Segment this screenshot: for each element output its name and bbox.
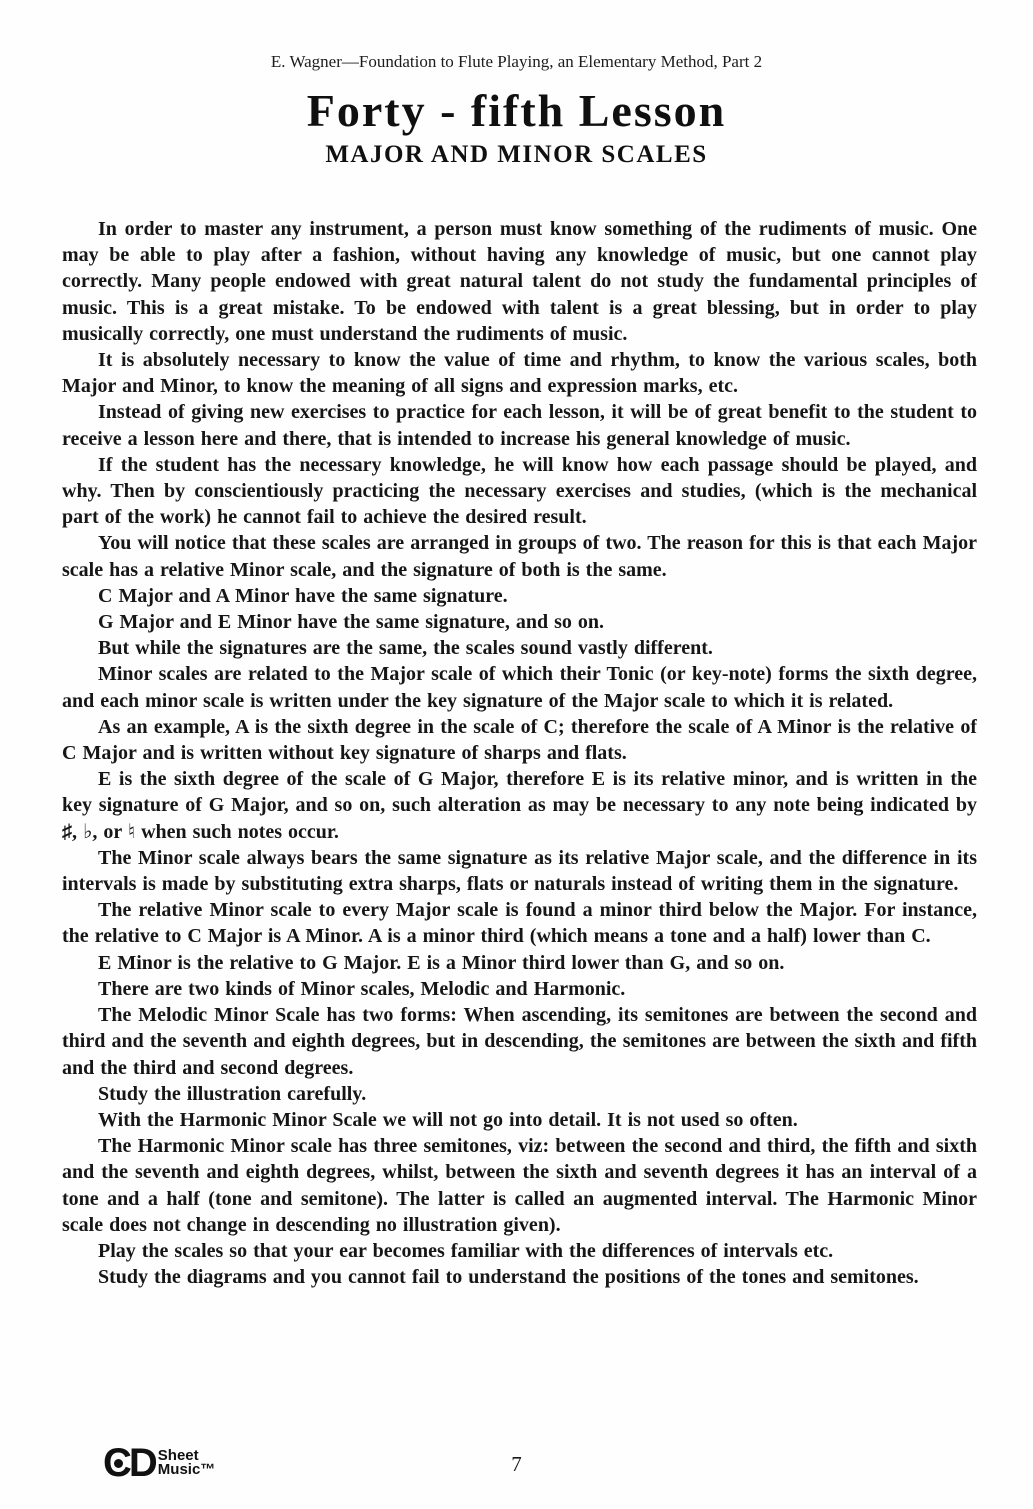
lesson-body: In order to master any instrument, a per…: [62, 216, 977, 1429]
paragraph: G Major and E Minor have the same signat…: [62, 609, 977, 635]
paragraph: E Minor is the relative to G Major. E is…: [62, 950, 977, 976]
paragraph: C Major and A Minor have the same signat…: [62, 583, 977, 609]
paragraph: There are two kinds of Minor scales, Mel…: [62, 976, 977, 1002]
lesson-title: Forty - fifth Lesson: [0, 84, 1033, 137]
lesson-subtitle: MAJOR AND MINOR SCALES: [0, 141, 1033, 169]
paragraph: The relative Minor scale to every Major …: [62, 897, 977, 949]
running-header: E. Wagner—Foundation to Flute Playing, a…: [0, 0, 1033, 72]
page-footer: CD Sheet Music™ 7: [0, 1437, 1033, 1485]
paragraph: The Harmonic Minor scale has three semit…: [62, 1133, 977, 1238]
paragraph: If the student has the necessary knowled…: [62, 452, 977, 531]
paragraph: Play the scales so that your ear becomes…: [62, 1238, 977, 1264]
page-number: 7: [0, 1452, 1033, 1477]
paragraph: The Melodic Minor Scale has two forms: W…: [62, 1002, 977, 1081]
document-page: E. Wagner—Foundation to Flute Playing, a…: [0, 0, 1033, 1509]
paragraph: Study the diagrams and you cannot fail t…: [62, 1264, 977, 1290]
paragraph: As an example, A is the sixth degree in …: [62, 714, 977, 766]
paragraph: E is the sixth degree of the scale of G …: [62, 766, 977, 845]
paragraph: Study the illustration carefully.: [62, 1081, 977, 1107]
paragraph: It is absolutely necessary to know the v…: [62, 347, 977, 399]
paragraph: Minor scales are related to the Major sc…: [62, 661, 977, 713]
paragraph: Instead of giving new exercises to pract…: [62, 399, 977, 451]
paragraph: The Minor scale always bears the same si…: [62, 845, 977, 897]
paragraph: You will notice that these scales are ar…: [62, 530, 977, 582]
paragraph: But while the signatures are the same, t…: [62, 635, 977, 661]
paragraph: With the Harmonic Minor Scale we will no…: [62, 1107, 977, 1133]
paragraph: In order to master any instrument, a per…: [62, 216, 977, 347]
